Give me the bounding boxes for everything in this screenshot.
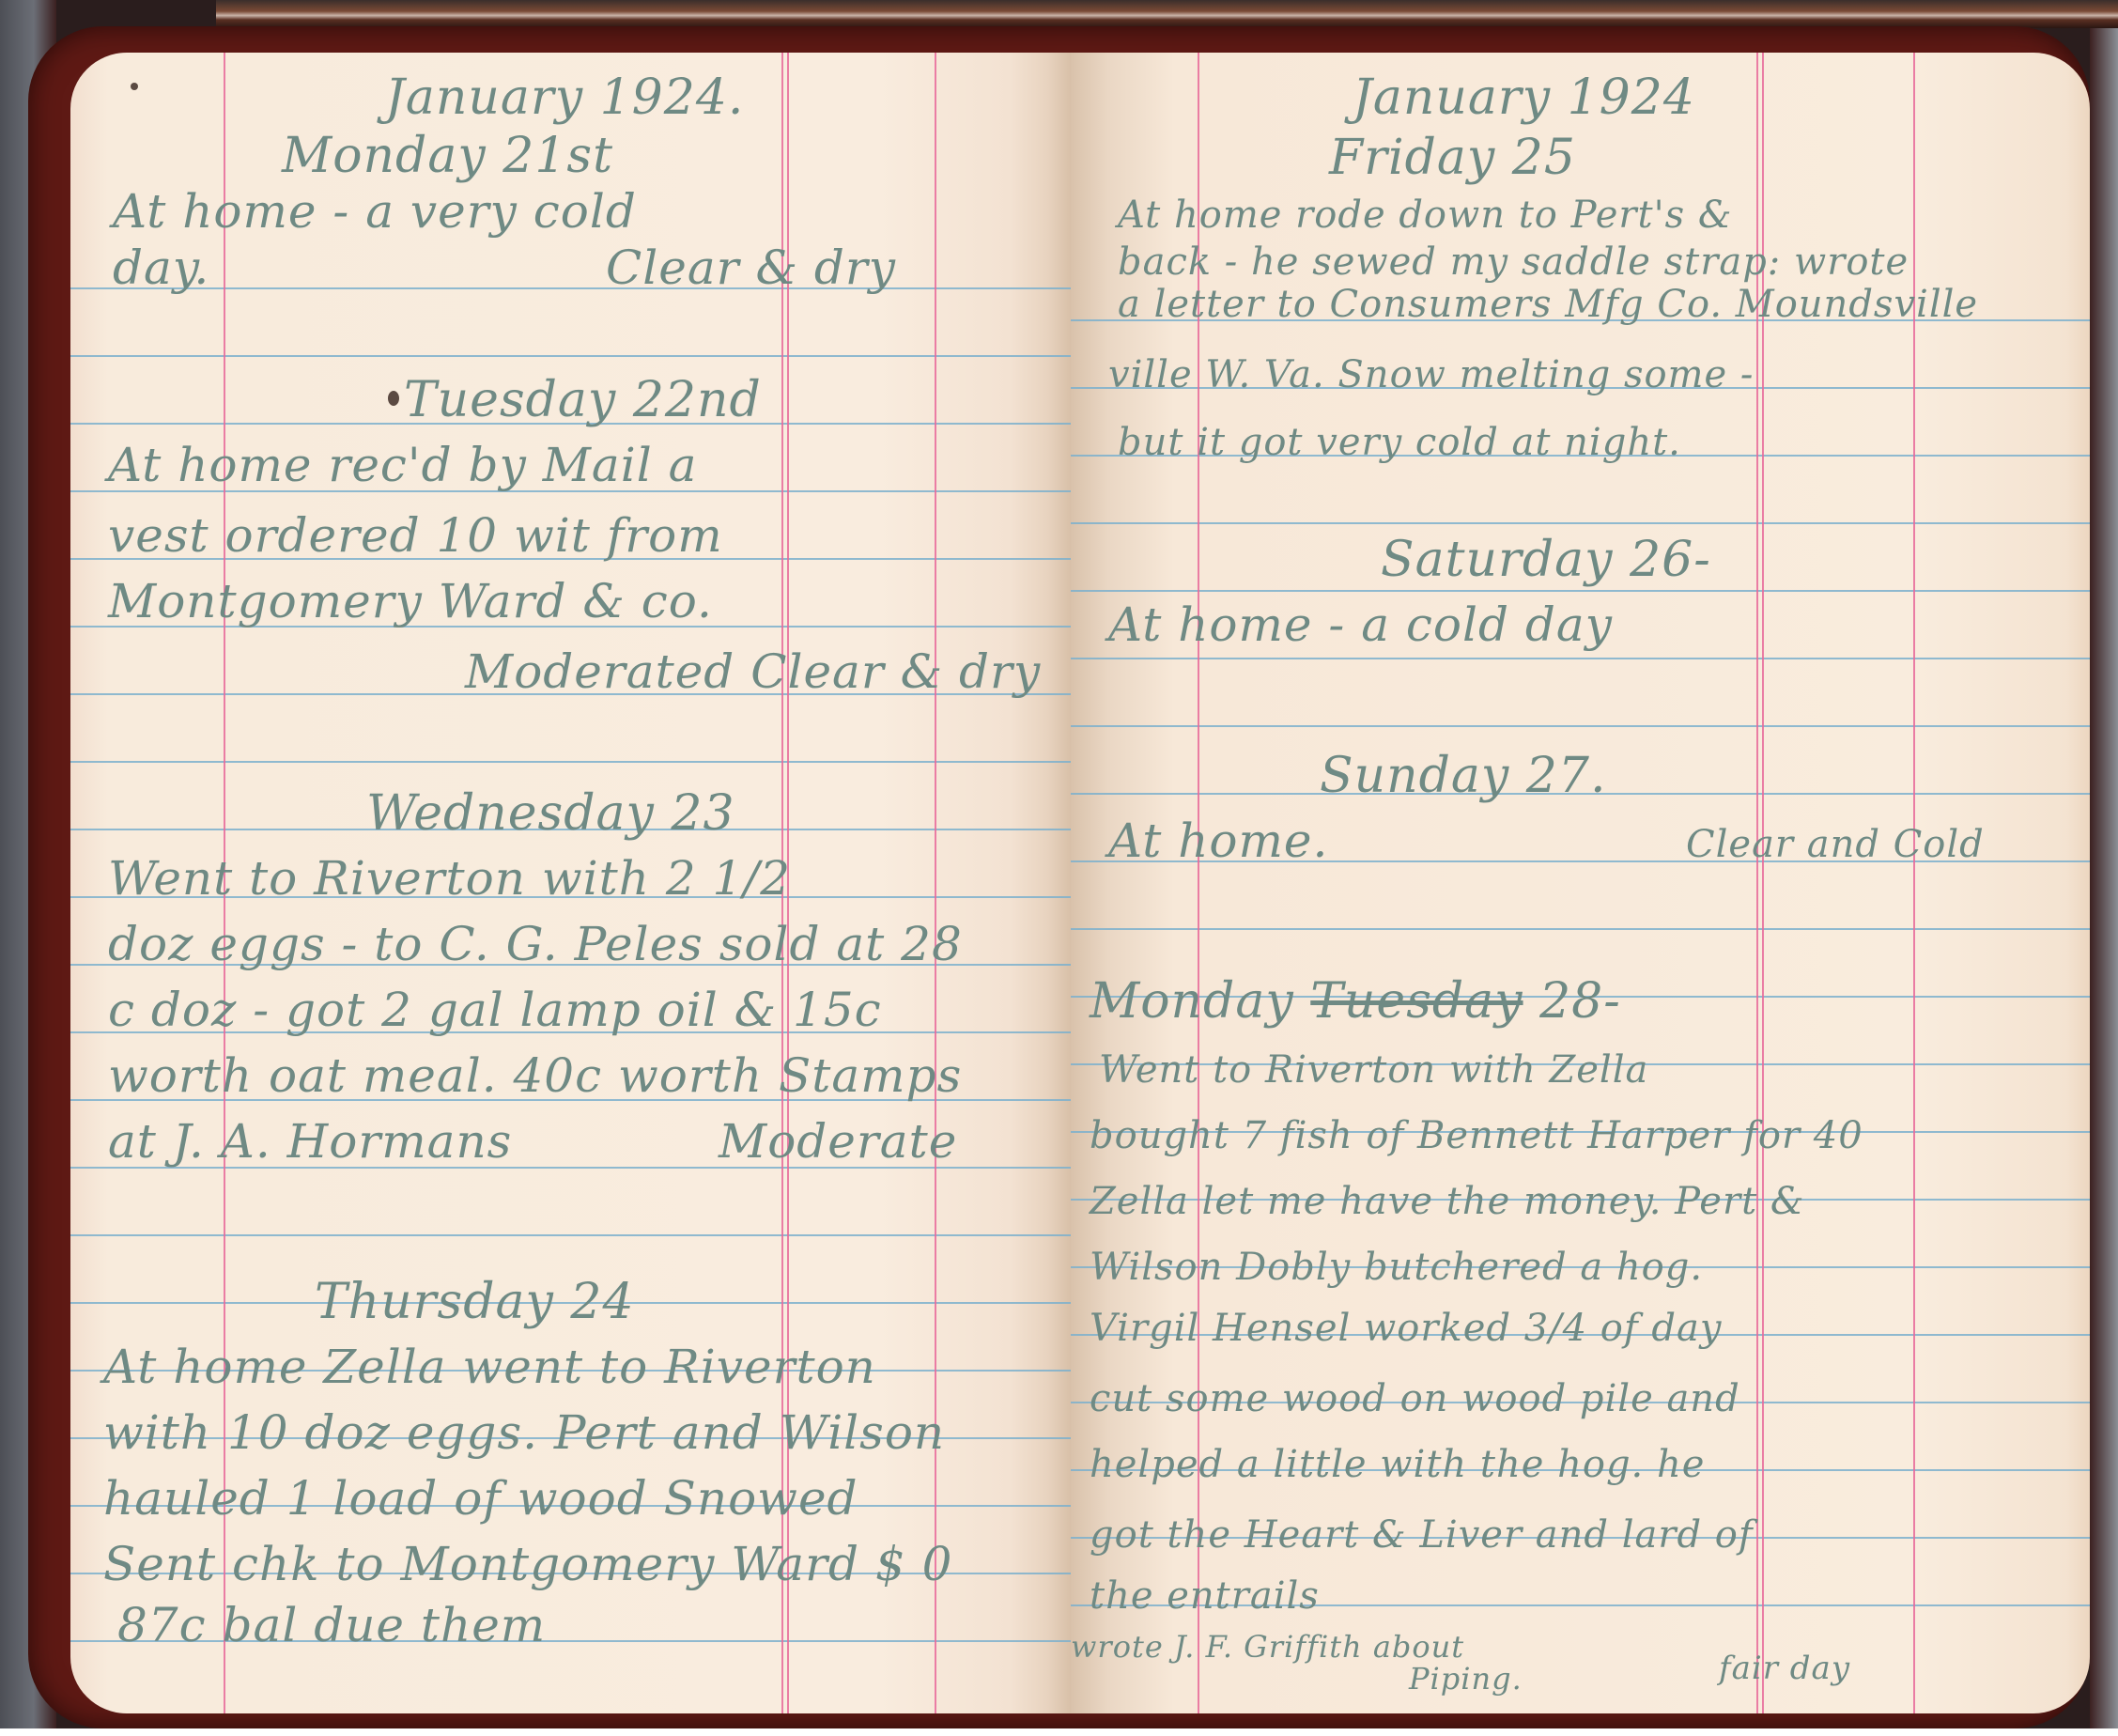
entry-line: back - he sewed my saddle strap: wrote — [1118, 240, 1909, 284]
entry-line: At home - a cold day — [1108, 597, 1613, 652]
ruled-line — [1071, 658, 2090, 659]
entry-day: Monday Tuesday 28- — [1090, 973, 1621, 1030]
entry-line: helped a little with the hog. he — [1090, 1443, 1705, 1486]
entry-weather: Moderated Clear & dry — [465, 644, 1041, 699]
entry-day: Sunday 27. — [1320, 748, 1607, 804]
entry-day: Thursday 24 — [315, 1274, 635, 1330]
entry-line: At home rode down to Pert's & — [1118, 194, 1732, 237]
entry-line: At home Zella went to Riverton — [103, 1340, 876, 1394]
entry-line: Sent chk to Montgomery Ward $ 0 — [103, 1537, 952, 1591]
entry-day-number: 28- — [1539, 973, 1621, 1030]
entry-line: Went to Riverton with Zella — [1099, 1048, 1648, 1092]
scan-bottom-margin — [0, 1728, 2118, 1736]
entry-line: at J. A. Hormans — [108, 1114, 512, 1169]
entry-line: vest ordered 10 wit from — [108, 508, 723, 563]
entry-day-struck: Tuesday — [1310, 973, 1523, 1030]
ruled-line — [1071, 522, 2090, 524]
month-header: January 1924. — [385, 70, 744, 126]
entry-line: with 10 doz eggs. Pert and Wilson — [103, 1405, 945, 1460]
entry-line: c doz - got 2 gal lamp oil & 15c — [108, 983, 882, 1037]
entry-line: At home - a very cold — [113, 184, 637, 239]
right-page: January 1924 Friday 25 At home rode down… — [1071, 53, 2090, 1713]
entry-day: Tuesday 22nd — [404, 372, 762, 428]
entry-weather: Clear and Cold — [1686, 823, 1985, 866]
ink-spot — [388, 391, 399, 406]
entry-line: ville W. Va. Snow melting some - — [1108, 353, 1754, 396]
entry-line: got the Heart & Liver and lard of — [1090, 1513, 1754, 1557]
ruled-line — [70, 1234, 1071, 1236]
entry-line: Virgil Hensel worked 3/4 of day — [1090, 1307, 1722, 1350]
entry-weather: fair day — [1719, 1650, 1850, 1687]
entry-line: doz eggs - to C. G. Peles sold at 28 — [108, 917, 963, 971]
entry-line: day. — [113, 240, 209, 295]
ruled-line — [70, 761, 1071, 763]
ruled-line — [70, 355, 1071, 357]
entry-line: wrote J. F. Griffith about — [1071, 1629, 1464, 1665]
entry-line: Zella let me have the money. Pert & — [1090, 1180, 1804, 1223]
entry-line: Montgomery Ward & co. — [108, 574, 713, 628]
entry-line: At home rec'd by Mail a — [108, 438, 697, 492]
month-header: January 1924 — [1353, 70, 1695, 126]
entry-day-name: Monday — [1090, 973, 1294, 1030]
entry-line: but it got very cold at night. — [1118, 421, 1681, 464]
ruled-line — [1071, 928, 2090, 930]
entry-line: bought 7 fish of Bennett Harper for 40 — [1090, 1114, 1863, 1157]
entry-day: Friday 25 — [1329, 130, 1576, 186]
entry-day: Monday 21st — [282, 128, 613, 184]
book-top-edge — [216, 0, 2118, 28]
entry-day: Saturday 26- — [1381, 532, 1711, 588]
ruled-line — [1071, 725, 2090, 727]
entry-line: cut some wood on wood pile and — [1090, 1377, 1740, 1420]
scan-background-right — [2090, 28, 2118, 1736]
ruled-line — [70, 287, 1071, 289]
entry-line: At home. — [1108, 814, 1328, 868]
ink-spot — [131, 83, 138, 90]
ruled-line — [1071, 590, 2090, 592]
entry-line: Piping. — [1409, 1661, 1523, 1697]
entry-line: the entrails — [1090, 1574, 1320, 1618]
entry-line: hauled 1 load of wood Snowed — [103, 1471, 858, 1526]
entry-line: a letter to Consumers Mfg Co. Moundsvill… — [1118, 283, 1978, 326]
entry-weather: Clear & dry — [606, 240, 896, 295]
margin-line — [935, 53, 936, 1713]
diary-book: January 1924. Monday 21st At home - a ve… — [0, 0, 2118, 1736]
entry-day: Wednesday 23 — [366, 785, 735, 842]
entry-line: worth oat meal. 40c worth Stamps — [108, 1048, 962, 1103]
entry-line: Went to Riverton with 2 1/2 — [108, 851, 791, 906]
left-page: January 1924. Monday 21st At home - a ve… — [70, 53, 1071, 1713]
entry-line: 87c bal due them — [117, 1598, 546, 1652]
entry-weather: Moderate — [719, 1114, 957, 1169]
entry-line: Wilson Dobly butchered a hog. — [1090, 1246, 1703, 1289]
